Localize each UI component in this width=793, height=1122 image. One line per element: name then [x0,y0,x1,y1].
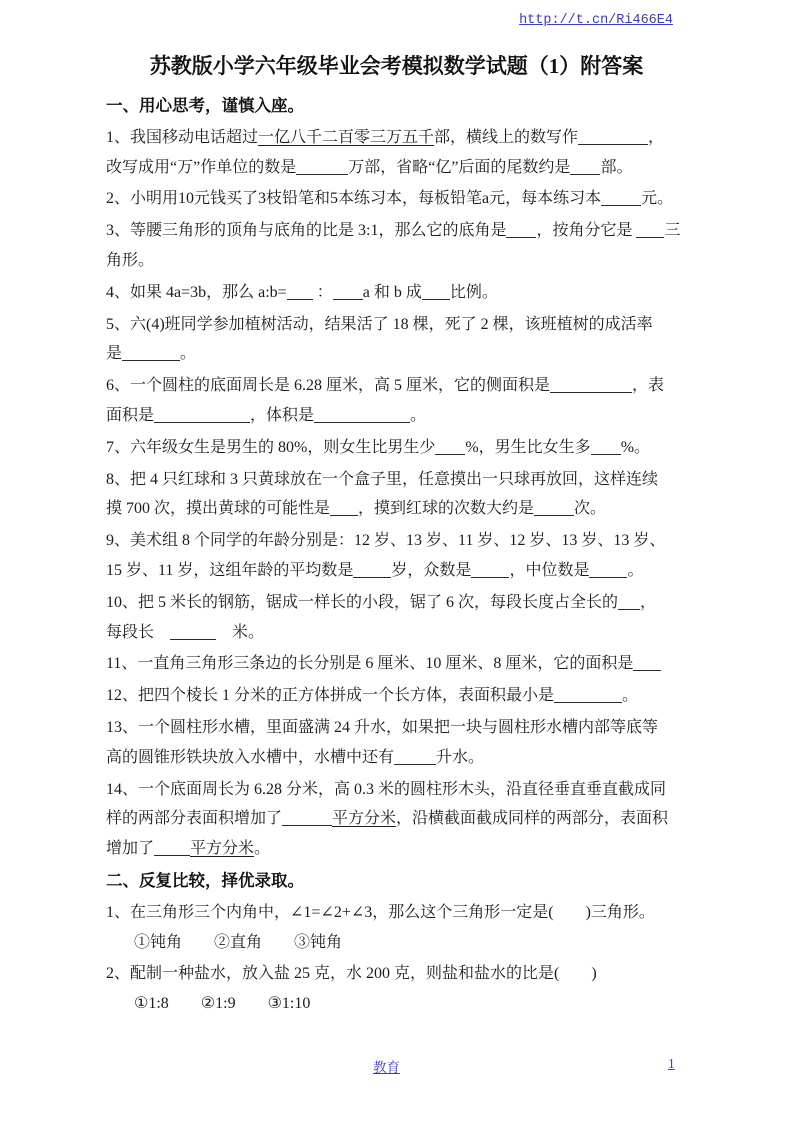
answer-blank [422,283,450,300]
text-run: 三 [664,222,680,239]
footer-site-link[interactable]: 教育 [373,1056,400,1076]
question-line: 13、一个圆柱形水槽，里面盛满 24 升水，如果把一块与圆柱形水槽内部等底等 [106,713,695,743]
question-text: 8、把 4 只红球和 3 只黄球放在一个盒子里，任意摸出一只球再放回，这样连续摸… [106,465,695,525]
footer-page-number-link[interactable]: 1 [668,1056,675,1072]
answer-blank [122,344,180,361]
question-line: 12、把四个棱长 1 分米的正方体拼成一个长方体，表面积最小是。 [106,681,695,711]
text-run: 4、如果 4a=3b，那么 a:b= [106,284,287,301]
question-line: 5、六(4)班同学参加植树活动，结果活了 18 棵，死了 2 棵，该班植树的成活… [106,310,695,340]
question-line: 面积是，体积是。 [106,401,695,431]
answer-blank [506,221,536,238]
question-text: 1、在三角形三个内角中，∠1=∠2+∠3，那么这个三角形一定是( )三角形。①钝… [106,898,695,958]
question-line: 14、一个底面周长为 6.28 分米，高 0.3 米的圆柱形木头，沿直径垂直垂直… [106,775,695,805]
text-run: ， [648,129,664,146]
text-run: %。 [621,439,650,456]
question-line: 3、等腰三角形的顶角与底角的比是 3:1，那么它的底角是，按角分它是 三 [106,216,695,246]
question-line: 4、如果 4a=3b，那么 a:b= ：a 和 b 成比例。 [106,278,695,308]
question-text: 10、把 5 米长的钢筋，锯成一样长的小段，锯了 6 次，每段长度占全长的，每段… [106,588,695,648]
answer-options-line: ①1:8 ②1:9 ③1:10 [106,989,695,1019]
text-run: 5、六(4)班同学参加植树活动，结果活了 18 棵，死了 2 棵，该班植树的成活… [106,316,653,333]
document-page: http://t.cn/Ri466E4 苏教版小学六年级毕业会考模拟数学试题（1… [0,0,793,1122]
question-text: 13、一个圆柱形水槽，里面盛满 24 升水，如果把一块与圆柱形水槽内部等底等高的… [106,713,695,773]
text-run: a 和 b 成 [363,284,422,301]
text-run: ，中位数是 [509,562,589,579]
text-run: 15 岁、11 岁，这组年龄的平均数是 [106,562,353,579]
question-line: 增加了平方分米。 [106,834,695,864]
question-line: 1、我国移动电话超过一亿八千二百零三万五千部，横线上的数写作， [106,123,695,153]
answer-blank [550,376,632,393]
question-line: 高的圆锥形铁块放入水槽中，水槽中还有升水。 [106,743,695,773]
answer-blank [589,561,627,578]
question-line: 样的两部分表面积增加了平方分米，沿横截面截成同样的两部分，表面积 [106,804,695,834]
answer-blank [287,283,313,300]
question-text: 11、一直角三角形三条边的长分别是 6 厘米、10 厘米、8 厘米，它的面积是 [106,649,695,679]
question-text: 1、我国移动电话超过一亿八千二百零三万五千部，横线上的数写作，改写成用“万”作单… [106,123,695,183]
answer-blank [282,809,332,826]
question-line: 1、在三角形三个内角中，∠1=∠2+∠3，那么这个三角形一定是( )三角形。 [106,898,695,928]
page-footer: 教育 1 [0,1056,793,1078]
question-text: 9、美术组 8 个同学的年龄分别是：12 岁、13 岁、11 岁、12 岁、13… [106,526,695,586]
answer-blank [154,406,250,423]
text-run: 次。 [574,500,606,517]
text-run: 13、一个圆柱形水槽，里面盛满 24 升水，如果把一块与圆柱形水槽内部等底等 [106,719,658,736]
text-run: 2、配制一种盐水，放入盐 25 克，水 200 克，则盐和盐水的比是( ) [106,965,597,982]
answer-blank [591,438,621,455]
text-run: 样的两部分表面积增加了 [106,810,282,827]
question-line: 8、把 4 只红球和 3 只黄球放在一个盒子里，任意摸出一只球再放回，这样连续 [106,465,695,495]
text-run: 11、一直角三角形三条边的长分别是 6 厘米、10 厘米、8 厘米，它的面积是 [106,655,633,672]
answer-blank [633,654,661,671]
question-line: 2、小明用10元钱买了3枝铅笔和5本练习本，每板铅笔a元，每本练习本元。 [106,184,695,214]
text-run: 9、美术组 8 个同学的年龄分别是：12 岁、13 岁、11 岁、12 岁、13… [106,532,665,549]
answer-blank [154,839,190,856]
question-text: 5、六(4)班同学参加植树活动，结果活了 18 棵，死了 2 棵，该班植树的成活… [106,310,695,370]
text-run: ①1:8 ②1:9 ③1:10 [134,995,310,1012]
text-run: %，男生比女生多 [465,439,590,456]
answer-blank [570,158,600,175]
text-run: 14、一个底面周长为 6.28 分米，高 0.3 米的圆柱形木头，沿直径垂直垂直… [106,781,666,798]
answer-blank [471,561,509,578]
text-run: 面积是 [106,407,154,424]
text-run: 岁，众数是 [391,562,471,579]
section-heading: 一、用心思考，谨慎入座。 [106,91,695,121]
question-line: 7、六年级女生是男生的 80%，则女生比男生少%，男生比女生多%。 [106,433,695,463]
answer-blank [394,748,436,765]
answer-blank [333,283,363,300]
question-text: 2、配制一种盐水，放入盐 25 克，水 200 克，则盐和盐水的比是( )①1:… [106,959,695,1019]
question-line: 11、一直角三角形三条边的长分别是 6 厘米、10 厘米、8 厘米，它的面积是 [106,649,695,679]
question-line: 是。 [106,339,695,369]
text-run: 6、一个圆柱的底面周长是 6.28 厘米，高 5 厘米，它的侧面积是 [106,377,550,394]
page-title: 苏教版小学六年级毕业会考模拟数学试题（1）附答案 [0,50,793,82]
underlined-text-run: 一亿八千二百零三万五千 [258,129,434,146]
answer-blank [636,221,664,238]
text-run: ，摸到红球的次数大约是 [358,500,534,517]
question-line: 角形。 [106,246,695,276]
header-url-link[interactable]: http://t.cn/Ri466E4 [519,13,673,28]
text-run: 。 [254,840,270,857]
text-run: ①钝角 ②直角 ③钝角 [134,934,342,951]
question-text: 7、六年级女生是男生的 80%，则女生比男生少%，男生比女生多%。 [106,433,695,463]
answer-blank [435,438,465,455]
text-run: ，体积是 [250,407,314,424]
section-heading: 二、反复比较，择优录取。 [106,866,695,896]
answer-options-line: ①钝角 ②直角 ③钝角 [106,928,695,958]
answer-blank [554,686,622,703]
question-line: 9、美术组 8 个同学的年龄分别是：12 岁、13 岁、11 岁、12 岁、13… [106,526,695,556]
text-run: 是 [106,345,122,362]
text-run: 改写成用“万”作单位的数是 [106,159,296,176]
text-run: 万部，省略“亿”后面的尾数约是 [348,159,570,176]
answer-blank [578,128,648,145]
text-run: 。 [627,562,643,579]
text-run: 8、把 4 只红球和 3 只黄球放在一个盒子里，任意摸出一只球再放回，这样连续 [106,471,658,488]
question-text: 3、等腰三角形的顶角与底角的比是 3:1，那么它的底角是，按角分它是 三角形。 [106,216,695,276]
text-run: 12、把四个棱长 1 分米的正方体拼成一个长方体，表面积最小是 [106,687,554,704]
text-run: 部。 [600,159,632,176]
text-run: 米。 [216,624,264,641]
answer-blank [534,499,574,516]
question-text: 4、如果 4a=3b，那么 a:b= ：a 和 b 成比例。 [106,278,695,308]
text-run: 比例。 [450,284,498,301]
text-run: 元。 [641,190,673,207]
text-run: 10、把 5 米长的钢筋，锯成一样长的小段，锯了 6 次，每段长度占全长的 [106,594,618,611]
underlined-text-run: 平方分米 [332,810,396,827]
text-run: 增加了 [106,840,154,857]
text-run: 2、小明用10元钱买了3枝铅笔和5本练习本，每板铅笔a元，每本练习本 [106,190,601,207]
question-text: 2、小明用10元钱买了3枝铅笔和5本练习本，每板铅笔a元，每本练习本元。 [106,184,695,214]
question-line: 2、配制一种盐水，放入盐 25 克，水 200 克，则盐和盐水的比是( ) [106,959,695,989]
answer-blank [330,499,358,516]
answer-blank [314,406,410,423]
answer-blank [296,158,348,175]
text-run: ： [313,284,333,301]
answer-blank [618,593,640,610]
text-run: ，按角分它是 [536,222,636,239]
text-run: 1、我国移动电话超过 [106,129,258,146]
question-line: 6、一个圆柱的底面周长是 6.28 厘米，高 5 厘米，它的侧面积是，表 [106,371,695,401]
text-run: 摸 700 次，摸出黄球的可能性是 [106,500,330,517]
text-run: 3、等腰三角形的顶角与底角的比是 3:1，那么它的底角是 [106,222,506,239]
question-line: 改写成用“万”作单位的数是万部，省略“亿”后面的尾数约是部。 [106,153,695,183]
question-line: 15 岁、11 岁，这组年龄的平均数是岁，众数是，中位数是。 [106,556,695,586]
text-run: 。 [622,687,638,704]
page-header: http://t.cn/Ri466E4 [0,0,793,30]
question-text: 6、一个圆柱的底面周长是 6.28 厘米，高 5 厘米，它的侧面积是，表面积是，… [106,371,695,431]
text-run: 。 [410,407,426,424]
text-run: 升水。 [436,749,484,766]
answer-blank [170,623,216,640]
text-run: 部，横线上的数写作 [434,129,578,146]
question-text: 12、把四个棱长 1 分米的正方体拼成一个长方体，表面积最小是。 [106,681,695,711]
text-run: ，表 [632,377,664,394]
question-line: 摸 700 次，摸出黄球的可能性是，摸到红球的次数大约是次。 [106,494,695,524]
text-run: 高的圆锥形铁块放入水槽中，水槽中还有 [106,749,394,766]
question-line: 每段长 米。 [106,618,695,648]
text-run: 7、六年级女生是男生的 80%，则女生比男生少 [106,439,435,456]
text-run: 1、在三角形三个内角中，∠1=∠2+∠3，那么这个三角形一定是( )三角形。 [106,904,655,921]
text-run: ， [640,594,656,611]
text-run: 每段长 [106,624,170,641]
text-run: 角形。 [106,252,154,269]
question-line: 10、把 5 米长的钢筋，锯成一样长的小段，锯了 6 次，每段长度占全长的， [106,588,695,618]
text-run: 。 [180,345,196,362]
answer-blank [601,189,641,206]
underlined-text-run: 平方分米 [190,840,254,857]
exam-sections: 一、用心思考，谨慎入座。1、我国移动电话超过一亿八千二百零三万五千部，横线上的数… [0,82,793,1019]
question-text: 14、一个底面周长为 6.28 分米，高 0.3 米的圆柱形木头，沿直径垂直垂直… [106,775,695,864]
text-run: ，沿横截面截成同样的两部分，表面积 [396,810,668,827]
answer-blank [353,561,391,578]
